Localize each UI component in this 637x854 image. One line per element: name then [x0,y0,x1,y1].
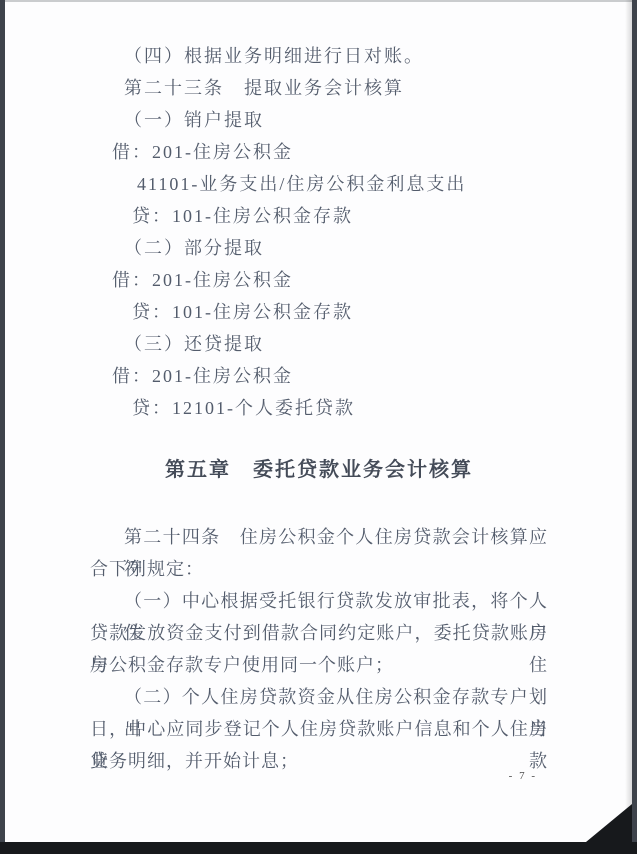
text-line: 贷：101-住房公积金存款 [90,200,548,232]
scan-background-right [632,0,637,854]
text-line: 贷：12101-个人委托贷款 [90,392,548,424]
text-line: 日，中心应同步登记个人住房贷款账户信息和个人住房贷款 [90,713,548,745]
text-line: 借：201-住房公积金 [90,264,548,296]
text-line: （一）销户提取 [90,104,548,136]
text-line: 贷款发放资金支付到借款合同约定账户，委托贷款账户与住 [90,617,548,649]
text-line: （二）部分提取 [90,232,548,264]
page-right-shadow [625,0,632,842]
page-number: - 7 - [509,770,537,782]
scan-background-bottom [0,842,637,854]
text-line: 第二十三条 提取业务会计核算 [90,72,548,104]
chapter-heading: 第五章 委托贷款业务会计核算 [90,454,548,486]
text-line: （一）中心根据受托银行贷款发放审批表，将个人住房 [90,585,548,617]
text-line: （三）还贷提取 [90,328,548,360]
scan-background-corner [586,804,632,842]
text-line: 借：201-住房公积金 [90,360,548,392]
page-top-edge [5,0,632,2]
text-line: （四）根据业务明细进行日对账。 [90,40,548,72]
scan-background-left [0,0,5,854]
text-line: 合下列规定： [90,553,548,585]
text-line: 借：201-住房公积金 [90,136,548,168]
text-line: （二）个人住房贷款资金从住房公积金存款专户划出当 [90,681,548,713]
text-line: 41101-业务支出/住房公积金利息支出 [90,168,548,200]
scanned-document-page: { "colors": { "page_background": "#fdfdf… [0,0,637,854]
article-24-paragraphs: 第二十四条 住房公积金个人住房贷款会计核算应符 合下列规定： （一）中心根据受托… [90,521,548,777]
document-body: （四）根据业务明细进行日对账。 第二十三条 提取业务会计核算 （一）销户提取 借… [90,40,548,777]
text-line: 贷：101-住房公积金存款 [90,296,548,328]
text-line: 第二十四条 住房公积金个人住房贷款会计核算应符 [90,521,548,553]
